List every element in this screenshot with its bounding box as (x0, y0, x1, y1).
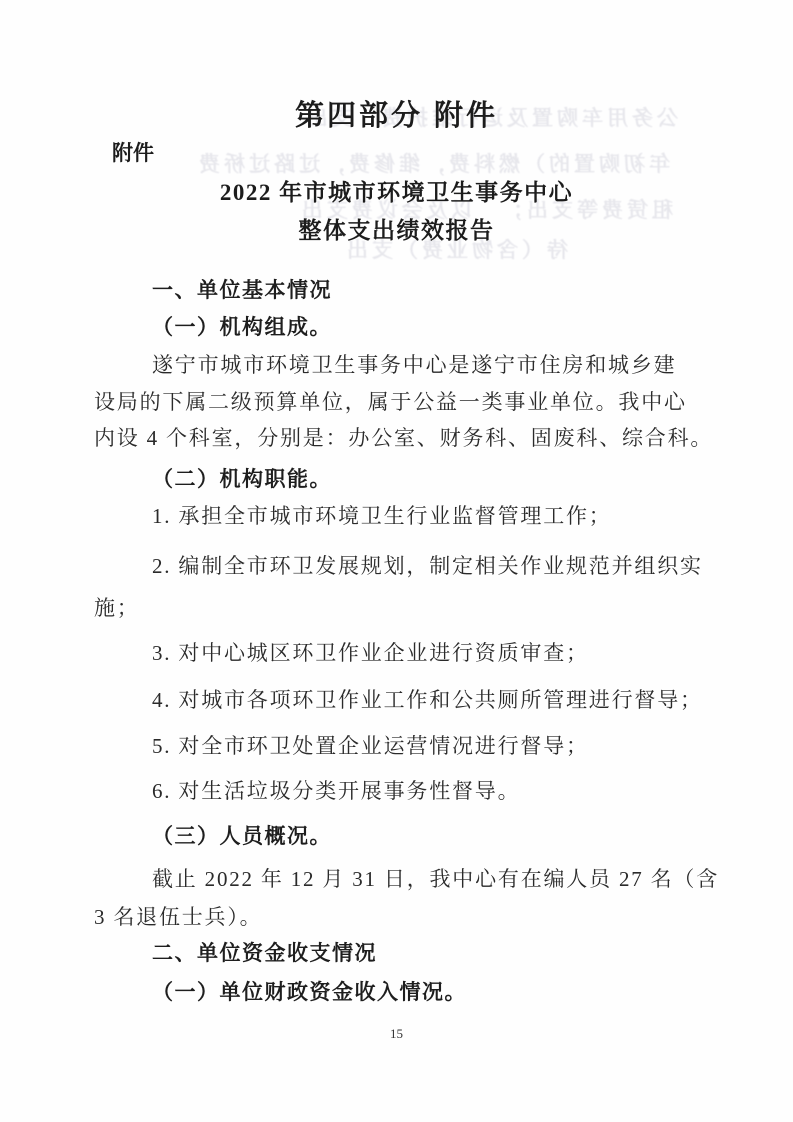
section-2-heading: 二、单位资金收支情况 (152, 941, 377, 967)
section-1-heading: 一、单位基本情况 (152, 278, 332, 304)
function-item-3: 3. 对中心城区环卫作业企业进行资质审查； (152, 640, 589, 666)
org-composition-paragraph-line-1: 遂宁市城市环境卫生事务中心是遂宁市住房和城乡建 (152, 352, 676, 378)
section-1-3-heading: （三）人员概况。 (152, 823, 332, 849)
report-title-line-1: 2022 年市城市环境卫生事务中心 (0, 179, 793, 208)
org-composition-paragraph-line-2: 设局的下属二级预算单位，属于公益一类事业单位。我中心 (94, 389, 687, 415)
function-item-4: 4. 对城市各项环卫作业工作和公共厕所管理进行督导； (152, 687, 703, 713)
section-1-2-heading: （二）机构职能。 (152, 466, 332, 492)
part-heading: 第四部分 附件 (0, 98, 793, 134)
section-1-1-heading: （一）机构组成。 (152, 314, 332, 340)
function-item-6: 6. 对生活垃圾分类开展事务性督导。 (152, 778, 520, 804)
page-number: 15 (0, 1026, 793, 1042)
section-2-1-heading: （一）单位财政资金收入情况。 (152, 979, 467, 1005)
personnel-paragraph-line-2: 3 名退伍士兵）。 (94, 904, 262, 930)
function-item-5: 5. 对全市环卫处置企业运营情况进行督导； (152, 733, 589, 759)
personnel-paragraph-line-1: 截止 2022 年 12 月 31 日，我中心有在编人员 27 名（含 (152, 866, 719, 892)
bleedthrough-line-2: 年初购置的）燃料费，维修费，过路过桥费 (150, 148, 670, 178)
document-page: 公务用车购置及运行维护费 支出 年初购置的）燃料费，维修费，过路过桥费 租赁费等… (0, 0, 793, 1122)
report-title-line-2: 整体支出绩效报告 (0, 217, 793, 246)
function-item-1: 1. 承担全市城市环境卫生行业监督管理工作； (152, 503, 612, 529)
attachment-label: 附件 (112, 141, 154, 167)
function-item-2-line-1: 2. 编制全市环卫发展规划，制定相关作业规范并组织实 (152, 553, 703, 579)
function-item-2-line-2: 施； (94, 595, 140, 621)
org-composition-paragraph-line-3: 内设 4 个科室，分别是：办公室、财务科、固废科、综合科。 (94, 425, 713, 451)
